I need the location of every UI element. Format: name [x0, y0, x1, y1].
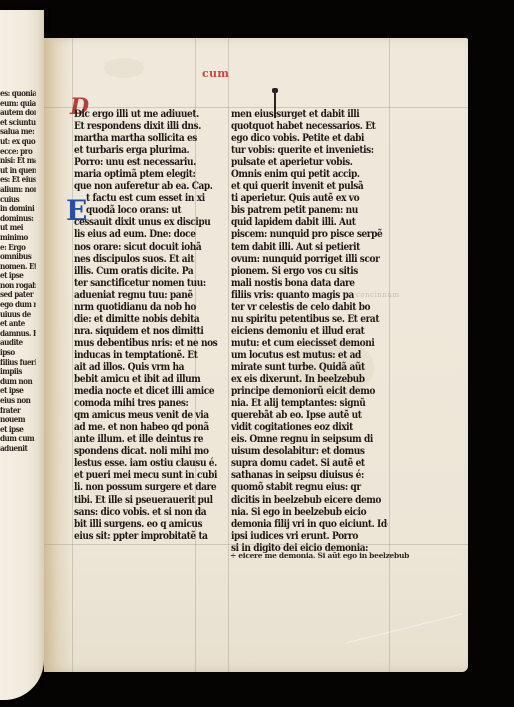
text-line: supra domu cadet. Si autẽ et [231, 457, 388, 469]
text-line: maria optimã ptem elegit: [74, 168, 231, 180]
text-line: pionem. Si ergo vos cu sitis [231, 265, 388, 277]
text-line: eius sit: ppter improbitatẽ ta [74, 530, 231, 542]
text-line: bis patrem petit panem: nu [231, 204, 388, 216]
text-line: quotquot habet necessarios. Et [231, 120, 388, 132]
text-line: et qui querit invenit et pulsã [231, 180, 388, 192]
page-crease [346, 613, 463, 643]
text-line: Omnis enim qui petit accip. [231, 168, 388, 180]
text-line: nes discipulos suos. Et ait [74, 253, 231, 265]
text-line: qm amicus meus venit de via [74, 409, 231, 421]
text-line: filius fuerit [0, 359, 36, 369]
text-line: autem domini [0, 109, 36, 119]
text-line: t factu est cum esset in xi [74, 192, 243, 204]
running-head: cum [202, 67, 229, 80]
ruling-line [72, 38, 73, 672]
text-line: in domini [0, 205, 36, 215]
text-line: dicitis in beelzebub eicere demo [231, 494, 388, 506]
ruling-line [389, 38, 390, 672]
text-line: nouem [0, 416, 36, 426]
text-line: nia. Et alij temptantes: signũ [231, 397, 388, 409]
text-line: comoda mihi tres panes: [74, 397, 231, 409]
text-line: frater [0, 407, 36, 417]
text-line: vidit cogitationes eoz dixit [231, 421, 388, 433]
text-line: ut: ex quo [0, 138, 36, 148]
text-line: sed pater [0, 291, 36, 301]
text-line: alium: non [0, 186, 36, 196]
text-line: et ipse [0, 272, 36, 282]
text-line: et ipse [0, 426, 36, 436]
text-line: ad me. et non habeo qd ponã [74, 421, 231, 433]
text-line: omnibus [0, 253, 36, 263]
text-line: men eius surget et dabit illi [231, 108, 388, 120]
text-line: eiciens demoniu et illud erat [231, 325, 388, 337]
text-line: adueniat regnu tuu: panẽ [74, 289, 231, 301]
text-line: Dic ergo illi ut me adiuuet. [74, 108, 231, 120]
text-line: Porro: unu est necessariu. [74, 156, 231, 168]
text-line: ti aperietur. Quis autẽ ex vo [231, 192, 388, 204]
margin-note: concinnum [356, 291, 399, 299]
text-line: eius non [0, 397, 36, 407]
text-line: es: Et eius [0, 176, 36, 186]
text-line: tur vobis: querite et invenietis: [231, 144, 388, 156]
text-line: mus debentibus nris: et ne nos [74, 337, 231, 349]
text-line: ego dum mei [0, 301, 36, 311]
text-line: nrm quotidianu da nob ho [74, 301, 231, 313]
gutter-shadow [44, 38, 72, 672]
text-line: ut in quem [0, 167, 36, 177]
text-line: e: Ergo [0, 244, 36, 254]
text-column-b: men eius surget et dabit illiquotquot ha… [231, 108, 383, 554]
text-line: et pueri mei mecu sunt in cubi [74, 469, 231, 481]
text-line: demonia filij vri in quo eiciunt. Ideo [231, 518, 388, 530]
manuscript-leaf: cum D E Dic ergo illi ut me adiuuet.Et r… [44, 38, 468, 672]
text-line: tem dabit illi. Aut si petierit [231, 241, 388, 253]
text-line: nisi: Et magna [0, 157, 36, 167]
text-line: et sciuntur nõ [0, 119, 36, 129]
text-line: nia. Si ego in beelzebub eicio [231, 506, 388, 518]
text-line: non rogabit [0, 282, 36, 292]
text-line: ovum: nunquid porriget illi scor [231, 253, 388, 265]
text-line: uisum desolabitur: et domus [231, 445, 388, 457]
text-line: li. non possum surgere et dare [74, 481, 231, 493]
text-line: aduenit [0, 445, 36, 455]
text-line: ecce: pro [0, 148, 36, 158]
text-line: audite [0, 339, 36, 349]
text-line: nu spiritu petentibus se. Et erat [231, 313, 388, 325]
text-line: mirate sunt turbe. Quidã aũt [231, 361, 388, 373]
text-line: sathanas in seipsu diuisus é: [231, 469, 388, 481]
text-line: ter vr celestis de celo dabit bo [231, 301, 388, 313]
text-line: cuius [0, 196, 36, 206]
text-line: ait ad illos. Quis vrm ha [74, 361, 231, 373]
text-line: sans: dico vobis. et si non da [74, 506, 231, 518]
text-line: damnus. Et [0, 330, 36, 340]
text-line: que non auferetur ab ea. Cap. [74, 180, 231, 192]
text-line: et ipse [0, 387, 36, 397]
text-line: dominus: Et [0, 215, 36, 225]
text-line: principe demoniorũ eicit demo [231, 385, 388, 397]
text-line: dum cum [0, 435, 36, 445]
text-line: nos orare: sicut docuit iohã [74, 241, 231, 253]
text-line: salua me: quem [0, 128, 36, 138]
text-line: Et respondens dixit illi dns. [74, 120, 231, 132]
text-line: et turbaris erga plurima. [74, 144, 231, 156]
text-line: bit illi surgens. eo q amicus [74, 518, 231, 530]
text-line: media nocte et dicet illi amice [74, 385, 231, 397]
text-line: spondens dicat. noli mihi mo [74, 445, 231, 457]
text-line: lis eius ad eum. Dne: doce [74, 228, 231, 240]
text-line: querebãt ab eo. Ipse autẽ ut [231, 409, 388, 421]
text-line: eum: quia ista mihi [0, 100, 36, 110]
catchword: ÷ eicere me demonia. Si aũt ego in beelz… [230, 551, 409, 560]
text-line: ipso [0, 349, 36, 359]
facing-page-text: es: quonia tu soluseum: quia ista mihiau… [0, 90, 42, 455]
text-line: illis. Cum oratis dicite. Pa [74, 265, 231, 277]
text-line: et ante [0, 320, 36, 330]
text-line: dum non [0, 378, 36, 388]
text-line: cessauit dixit unus ex discipu [74, 216, 231, 228]
text-line: minimo [0, 234, 36, 244]
text-line: eis. Omne regnu in seipsum di [231, 433, 388, 445]
text-line: piscem: nunquid pro pisce serpẽ [231, 228, 388, 240]
text-line: ante illum. et ille deintus re [74, 433, 231, 445]
text-line: nomen. Et ait [0, 263, 36, 273]
text-line: quid lapidem dabit illi. Aut [231, 216, 388, 228]
photo-background: es: quonia tu soluseum: quia ista mihiau… [0, 0, 514, 707]
text-line: ut mei [0, 224, 36, 234]
facing-page: es: quonia tu soluseum: quia ista mihiau… [0, 10, 44, 700]
text-line: pulsate et aperietur vobis. [231, 156, 388, 168]
text-line: um locutus est mutus: et ad [231, 349, 388, 361]
text-line: ex eis dixerunt. In beelzebub [231, 373, 388, 385]
text-line: die: et dimitte nobis debita [74, 313, 231, 325]
text-line: mutu: et cum eiecisset demoni [231, 337, 388, 349]
text-line: lestus esse. iam ostiu clausu é. [74, 457, 231, 469]
text-line: quodã loco orans: ut [74, 204, 243, 216]
text-line: uiuus de [0, 311, 36, 321]
text-line: quomõ stabit regnu eius: qr [231, 481, 388, 493]
text-line: ego dico vobis. Petite et dabi [231, 132, 388, 144]
text-line: nra. siquidem et nos dimitti [74, 325, 231, 337]
text-line: bebit amicu et ibit ad illum [74, 373, 231, 385]
text-line: tibi. Et ille si pseuerauerit pul [74, 494, 231, 506]
text-line: impiis [0, 368, 36, 378]
text-line: martha martha sollicita es [74, 132, 231, 144]
text-line: ter sanctificetur nomen tuu: [74, 277, 231, 289]
text-line: inducas in temptationẽ. Et [74, 349, 231, 361]
text-line: mali nostis bona data dare [231, 277, 388, 289]
stain [104, 58, 144, 78]
text-column-a: Dic ergo illi ut me adiuuet.Et responden… [74, 108, 232, 542]
text-line: ipsi iudices vri erunt. Porro [231, 530, 388, 542]
text-line: es: quonia tu solus [0, 90, 36, 100]
